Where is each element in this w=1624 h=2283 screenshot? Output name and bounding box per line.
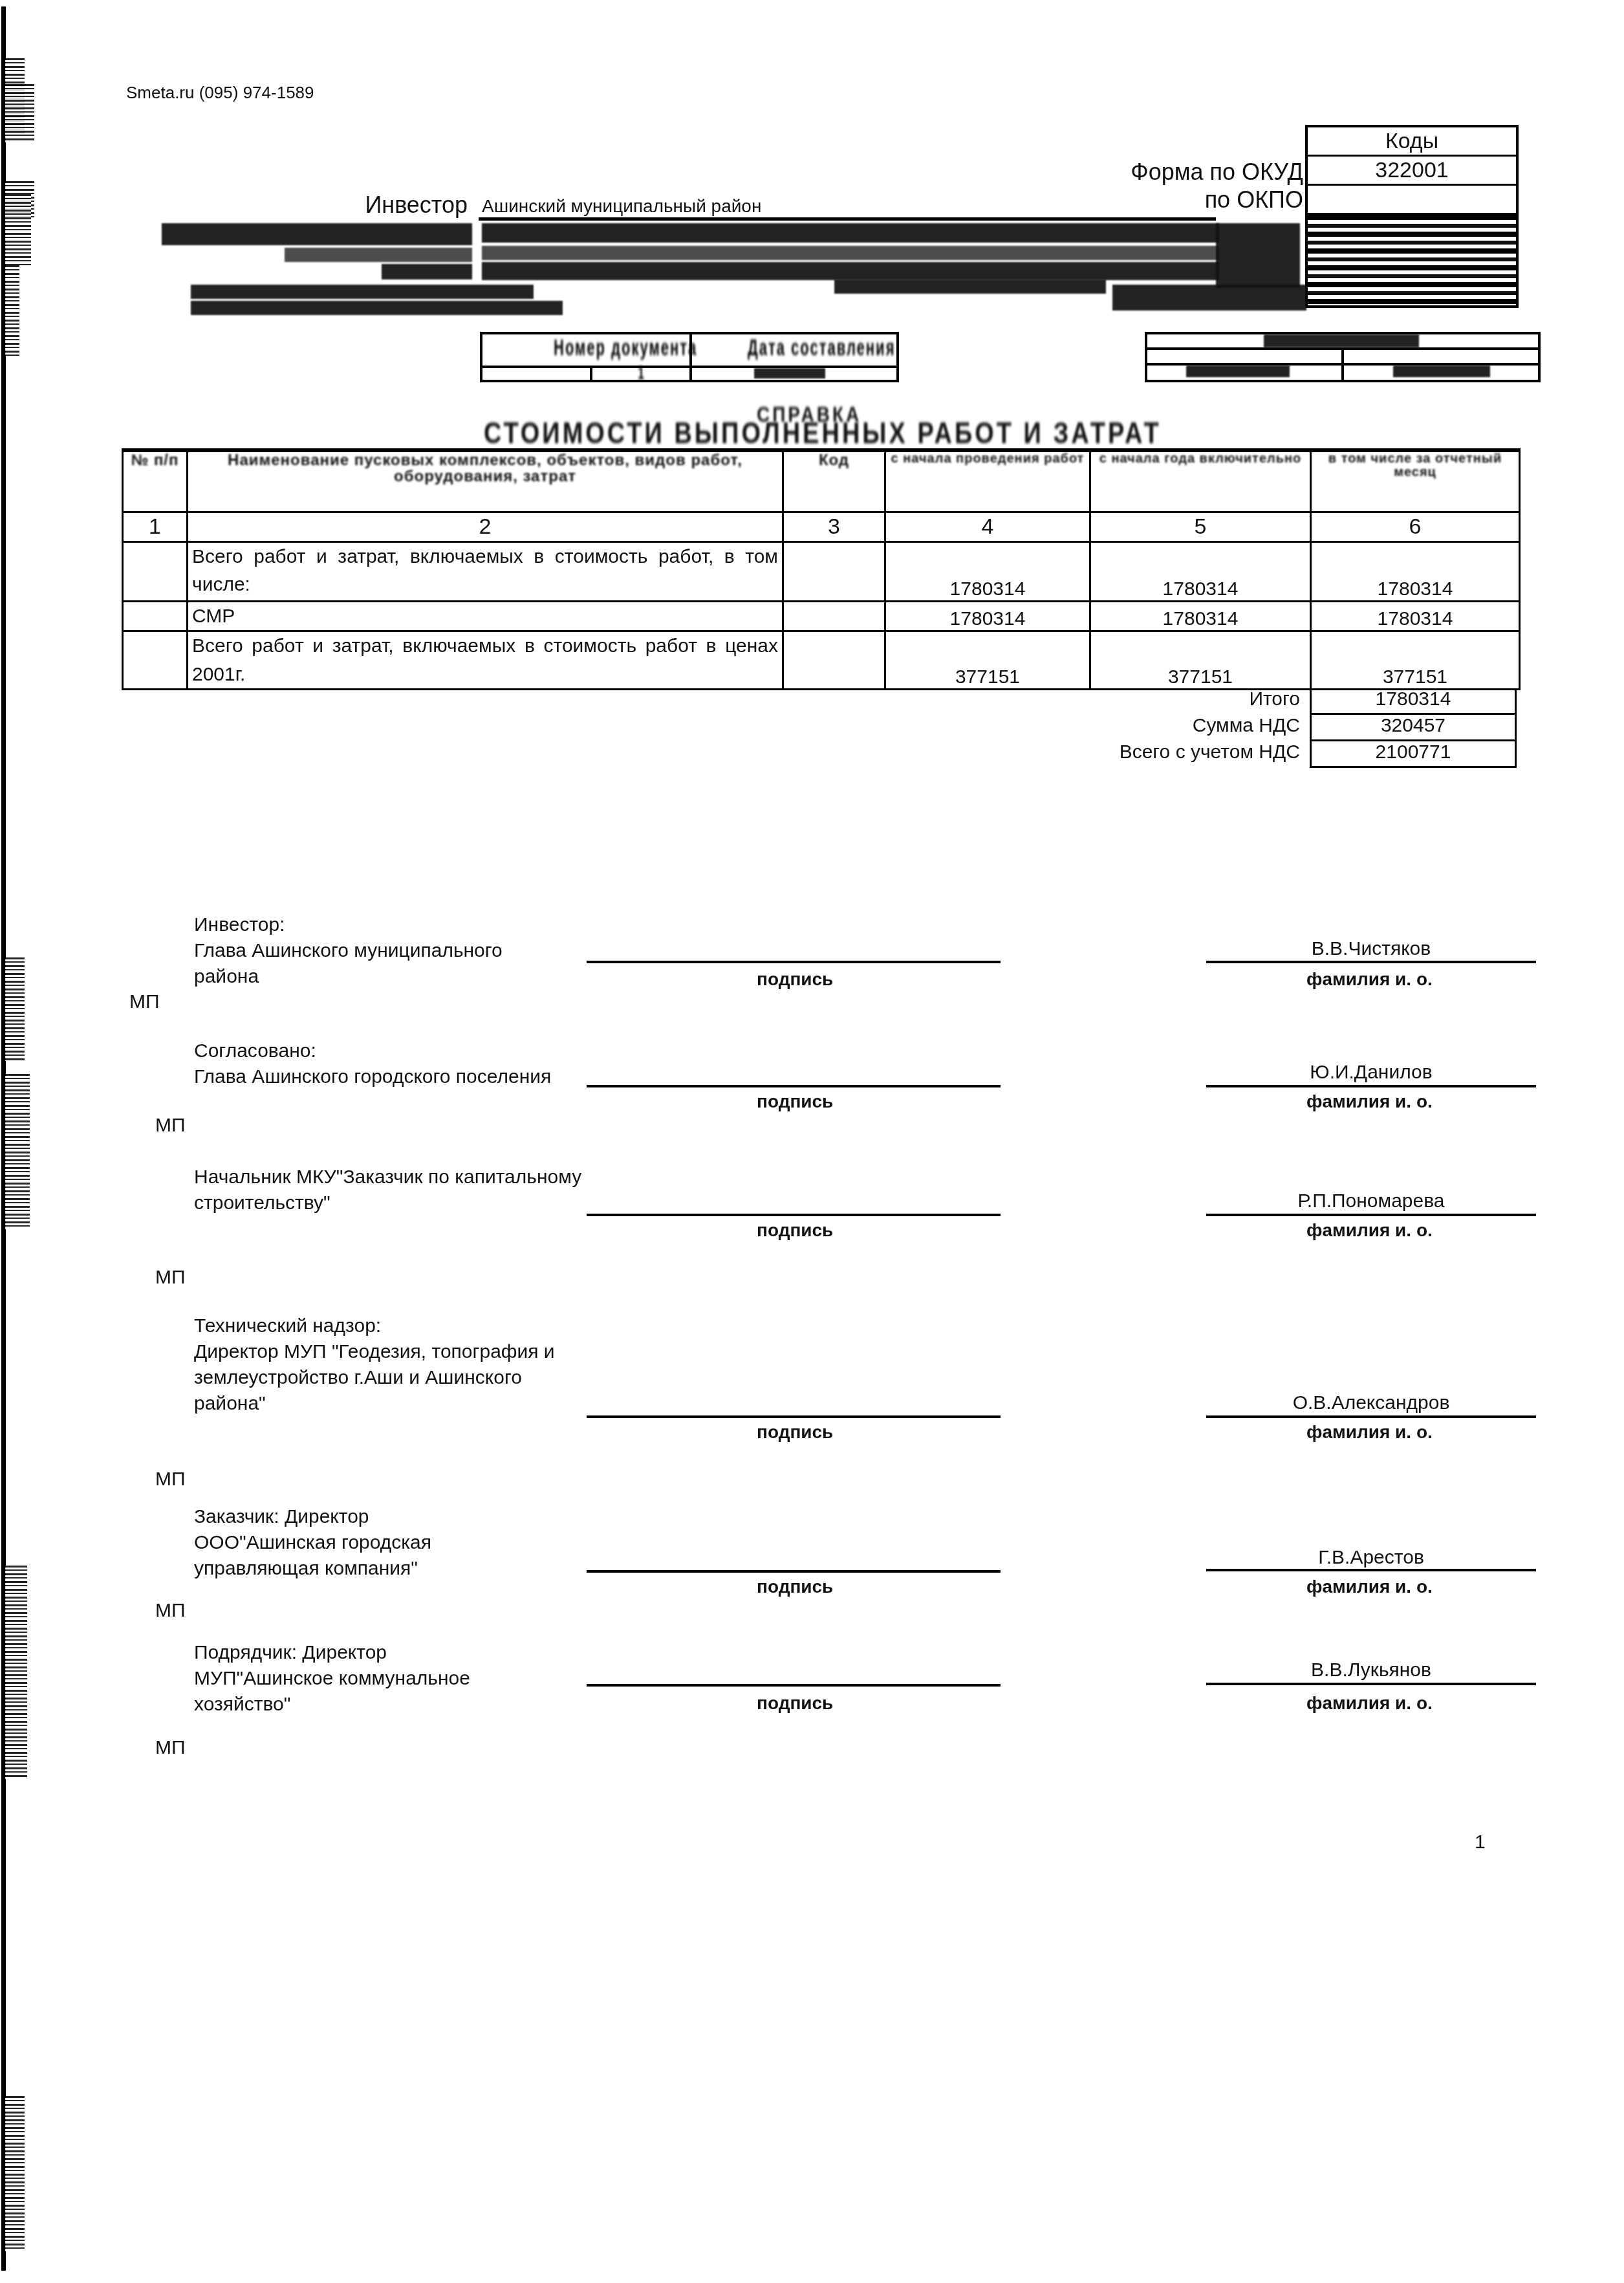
illegible-site-value (482, 246, 1219, 260)
signature-line[interactable] (587, 1684, 1001, 1687)
name-caption: фамилия и. о. (1306, 1422, 1433, 1443)
row-value-since-year: 1780314 (1090, 601, 1311, 631)
header-no: № п/п (123, 450, 188, 512)
header-code: Код (783, 450, 885, 512)
header-name: Наименование пусковых комплексов, объект… (188, 450, 783, 512)
scan-noise (5, 84, 34, 142)
investor-underline (479, 217, 1216, 221)
signature-line[interactable] (587, 1214, 1001, 1216)
header-since-year: с начала года включительно (1090, 450, 1311, 512)
illegible-resolution-line (191, 285, 534, 299)
reporting-period-box (1145, 332, 1541, 382)
row-value-since-start: 1780314 (885, 541, 1090, 601)
name-line (1206, 1683, 1536, 1685)
scan-noise (5, 2096, 25, 2251)
stamp-label: МП (155, 1600, 186, 1622)
name-caption: фамилия и. о. (1306, 1091, 1433, 1112)
signer-name: О.В.Александров (1203, 1392, 1539, 1414)
row-number (123, 541, 188, 601)
signer-name: Ю.И.Данилов (1203, 1062, 1539, 1084)
column-number: 3 (783, 512, 885, 541)
signature-line[interactable] (587, 1570, 1001, 1573)
column-number: 4 (885, 512, 1090, 541)
illegible-codes (1308, 215, 1516, 305)
scan-noise (5, 957, 25, 1061)
totals-block: Итого 1780314 Сумма НДС 320457 Всего с у… (1310, 688, 1517, 768)
grand-total-row: Всего с учетом НДС 2100771 (1310, 741, 1517, 768)
name-line (1206, 961, 1536, 963)
document-date-label: Дата составления (748, 334, 895, 362)
codes-title: Коды (1308, 127, 1516, 157)
stamp-label: МП (155, 1469, 186, 1491)
document-number-value: 1 (638, 363, 645, 385)
name-caption: фамилия и. о. (1306, 969, 1433, 990)
signature-line[interactable] (587, 961, 1001, 963)
row-value-since-year: 377151 (1090, 631, 1311, 690)
total-row: Итого 1780314 (1310, 688, 1517, 715)
signature-line[interactable] (587, 1415, 1001, 1418)
publisher-line: Smeta.ru (095) 974-1589 (126, 83, 314, 103)
total-value: 1780314 (1312, 688, 1515, 710)
row-description: Всего работ и затрат, включаемых в стоим… (188, 631, 783, 690)
header-since-start: с начала проведения работ (885, 450, 1090, 512)
reporting-period-label (1264, 334, 1419, 347)
illegible-object-label (382, 264, 472, 279)
column-number: 1 (123, 512, 188, 541)
grand-total-label: Всего с учетом НДС (1120, 741, 1300, 763)
okud-label: Форма по ОКУД (1131, 158, 1303, 186)
scan-noise (5, 265, 19, 356)
document-number-label: Номер документа (554, 334, 697, 362)
table-row: СМР 1780314 1780314 1780314 (123, 601, 1520, 631)
page-number: 1 (1475, 1831, 1486, 1854)
stamp-label: МП (129, 991, 160, 1013)
row-value-month: 1780314 (1311, 541, 1520, 601)
row-value-month: 377151 (1311, 631, 1520, 690)
name-line (1206, 1415, 1536, 1418)
signer-role: Технический надзор: Директор МУП "Геодез… (194, 1313, 555, 1417)
signature-caption: подпись (757, 1577, 833, 1597)
scan-noise (5, 1566, 27, 1779)
cost-table: № п/п Наименование пусковых комплексов, … (122, 448, 1521, 690)
table-row: Всего работ и затрат, включаемых в стоим… (123, 631, 1520, 690)
table-header-row: № п/п Наименование пусковых комплексов, … (123, 450, 1520, 512)
table-row: Всего работ и затрат, включаемых в стоим… (123, 541, 1520, 601)
signature-caption: подпись (757, 1091, 833, 1112)
name-caption: фамилия и. о. (1306, 1220, 1433, 1241)
signer-role: Подрядчик: Директор МУП"Ашинское коммуна… (194, 1640, 470, 1718)
signature-line[interactable] (587, 1085, 1001, 1087)
illegible-customer-value (482, 223, 1219, 243)
signature-caption: подпись (757, 1422, 833, 1443)
column-number: 5 (1090, 512, 1311, 541)
row-description: СМР (188, 601, 783, 631)
signer-name: Р.П.Пономарева (1203, 1190, 1539, 1212)
total-label: Итого (1249, 688, 1300, 710)
scan-noise (5, 194, 31, 265)
name-caption: фамилия и. о. (1306, 1693, 1433, 1714)
signer-role: Инвестор: Глава Ашинского муниципального… (194, 912, 503, 990)
column-number: 6 (1311, 512, 1520, 541)
vat-value: 320457 (1312, 715, 1515, 737)
illegible-object-value-2 (834, 279, 1106, 294)
row-number (123, 631, 188, 690)
row-code (783, 541, 885, 601)
signer-role: Согласовано: Глава Ашинского городского … (194, 1038, 551, 1090)
signer-role: Начальник МКУ"Заказчик по капитальному с… (194, 1164, 581, 1216)
document-date-value (754, 368, 825, 378)
okud-code: 322001 (1308, 157, 1516, 186)
signer-name: В.В.Чистяков (1203, 938, 1539, 960)
illegible-code-labels (1216, 223, 1300, 288)
totals-top-border (1310, 688, 1521, 690)
okpo-label: по ОКПО (1205, 186, 1303, 213)
stamp-label: МП (155, 1115, 186, 1137)
period-from-value (1186, 366, 1290, 377)
illegible-operation-label (1112, 285, 1306, 311)
row-code (783, 631, 885, 690)
name-line (1206, 1569, 1536, 1571)
row-number (123, 601, 188, 631)
column-number-row: 1 2 3 4 5 6 (123, 512, 1520, 541)
document-number-date-box: Номер документа Дата составления 1 (480, 332, 899, 382)
row-value-since-start: 1780314 (885, 601, 1090, 631)
row-code (783, 601, 885, 631)
grand-total-value: 2100771 (1312, 741, 1515, 763)
vat-row: Сумма НДС 320457 (1310, 715, 1517, 741)
name-line (1206, 1085, 1536, 1087)
investor-label: Инвестор (365, 191, 468, 219)
signer-role: Заказчик: Директор ООО"Ашинская городска… (194, 1504, 431, 1582)
header-month: в том числе за отчетный месяц (1311, 450, 1520, 512)
illegible-object-value (482, 262, 1219, 280)
illegible-site-label (285, 248, 472, 262)
row-value-month: 1780314 (1311, 601, 1520, 631)
name-caption: фамилия и. о. (1306, 1577, 1433, 1597)
okpo-code (1308, 186, 1516, 215)
vat-label: Сумма НДС (1193, 715, 1300, 737)
signature-caption: подпись (757, 969, 833, 990)
illegible-expertise-line (191, 301, 563, 315)
signature-caption: подпись (757, 1220, 833, 1241)
scan-noise (5, 1074, 30, 1229)
signature-caption: подпись (757, 1693, 833, 1714)
row-value-since-year: 1780314 (1090, 541, 1311, 601)
period-to-value (1393, 366, 1490, 377)
investor-value: Ашинский муниципальный район (482, 195, 761, 217)
name-line (1206, 1214, 1536, 1216)
stamp-label: МП (155, 1267, 186, 1289)
codes-box: Коды 322001 (1305, 125, 1519, 308)
row-description: Всего работ и затрат, включаемых в стоим… (188, 541, 783, 601)
column-number: 2 (188, 512, 783, 541)
signer-name: Г.В.Арестов (1203, 1547, 1539, 1569)
illegible-customer-label (162, 223, 472, 245)
signer-name: В.В.Лукьянов (1203, 1659, 1539, 1681)
row-value-since-start: 377151 (885, 631, 1090, 690)
stamp-label: МП (155, 1737, 186, 1759)
title-line-2: СТОИМОСТИ ВЫПОЛНЕННЫХ РАБОТ И ЗАТРАТ (484, 418, 1162, 452)
